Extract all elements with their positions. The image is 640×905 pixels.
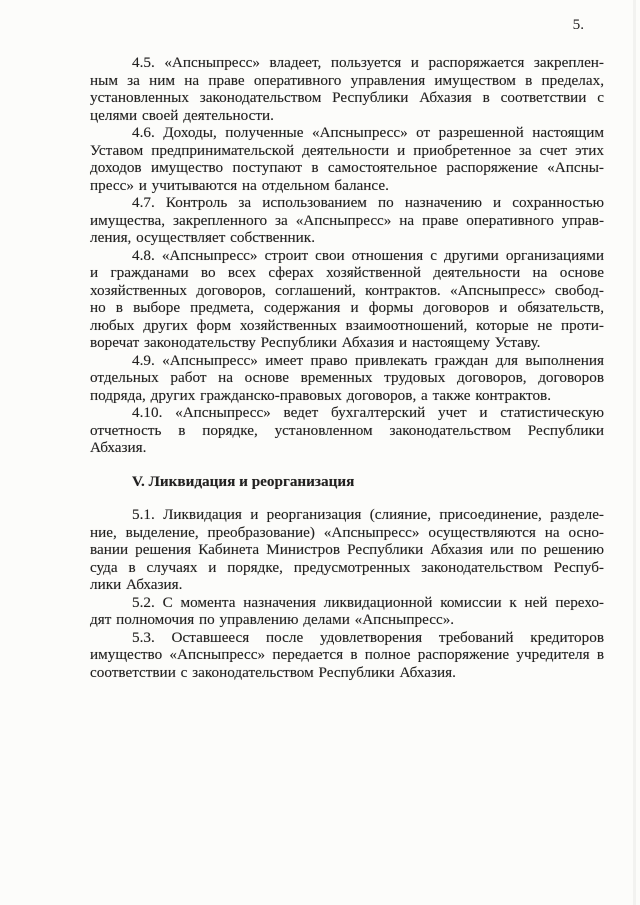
- text-line: целями своей деятельности.: [90, 107, 604, 125]
- text-line: 4.10. «Апсныпресс» ведет бухгалтерский у…: [90, 404, 604, 422]
- paragraph-5-2: 5.2. С момента назначения ликвидационной…: [90, 594, 604, 629]
- text-line: 4.6. Доходы, полученные «Апсныпресс» от …: [90, 124, 604, 142]
- text-line: воречат законодательству Республики Абха…: [90, 334, 604, 352]
- text-line: 5.1. Ликвидация и реорганизация (слияние…: [90, 506, 604, 524]
- text-line: суда в случаях и порядке, предусмотренны…: [90, 559, 604, 577]
- text-line: любых других форм хозяйственных взаимоот…: [90, 317, 604, 335]
- text-line: отчетность в порядке, установленном зако…: [90, 422, 604, 440]
- paragraph-5-1: 5.1. Ликвидация и реорганизация (слияние…: [90, 506, 604, 594]
- document-body: 4.5. «Апсныпресс» владеет, пользуется и …: [90, 54, 604, 681]
- text-line: хозяйственных договоров, соглашений, кон…: [90, 282, 604, 300]
- text-line: Уставом предпринимательской деятельности…: [90, 142, 604, 160]
- paragraph-4-9: 4.9. «Апсныпресс» имеет право привлекать…: [90, 352, 604, 405]
- paragraph-4-6: 4.6. Доходы, полученные «Апсныпресс» от …: [90, 124, 604, 194]
- text-line: вании решения Кабинета Министров Республ…: [90, 541, 604, 559]
- text-line: доходов имущество поступают в самостояте…: [90, 159, 604, 177]
- page-number: 5.: [573, 16, 584, 34]
- text-line: Абхазия.: [90, 439, 604, 457]
- text-line: 5.2. С момента назначения ликвидационной…: [90, 594, 604, 612]
- text-line: ным за ним на праве оперативного управле…: [90, 72, 604, 90]
- text-line: 4.5. «Апсныпресс» владеет, пользуется и …: [90, 54, 604, 72]
- text-line: установленных законодательством Республи…: [90, 89, 604, 107]
- paragraph-4-7: 4.7. Контроль за использованием по назна…: [90, 194, 604, 247]
- text-line: пресс» и учитываются на отдельном баланс…: [90, 177, 604, 195]
- text-line: соответствии с законодательством Республ…: [90, 664, 604, 682]
- text-line: 4.9. «Апсныпресс» имеет право привлекать…: [90, 352, 604, 370]
- text-line: дят полномочия по управлению делами «Апс…: [90, 611, 604, 629]
- paragraph-4-10: 4.10. «Апсныпресс» ведет бухгалтерский у…: [90, 404, 604, 457]
- text-line: ние, выделение, преобразование) «Апсныпр…: [90, 524, 604, 542]
- text-line: и гражданами во всех сферах хозяйственно…: [90, 264, 604, 282]
- paragraph-4-8: 4.8. «Апсныпресс» строит свои отношения …: [90, 247, 604, 352]
- text-line: имущества, закрепленного за «Апсныпресс»…: [90, 212, 604, 230]
- text-line: подряда, других гражданско-правовых дого…: [90, 387, 604, 405]
- text-line: 5.3. Оставшееся после удовлетворения тре…: [90, 629, 604, 647]
- paragraph-5-3: 5.3. Оставшееся после удовлетворения тре…: [90, 629, 604, 682]
- text-line: 4.8. «Апсныпресс» строит свои отношения …: [90, 247, 604, 265]
- text-line: но в выборе предмета, содержания и формы…: [90, 299, 604, 317]
- scanned-document-page: 5. 4.5. «Апсныпресс» владеет, пользуется…: [0, 0, 640, 905]
- section-heading-section-5: V. Ликвидация и реорганизация: [90, 473, 604, 491]
- text-line: ления, осуществляет собственник.: [90, 229, 604, 247]
- text-line: имущество «Апсныпресс» передается в полн…: [90, 646, 604, 664]
- text-line: отдельных работ на основе временных труд…: [90, 369, 604, 387]
- text-line: лики Абхазия.: [90, 576, 604, 594]
- paragraph-4-5: 4.5. «Апсныпресс» владеет, пользуется и …: [90, 54, 604, 124]
- text-line: 4.7. Контроль за использованием по назна…: [90, 194, 604, 212]
